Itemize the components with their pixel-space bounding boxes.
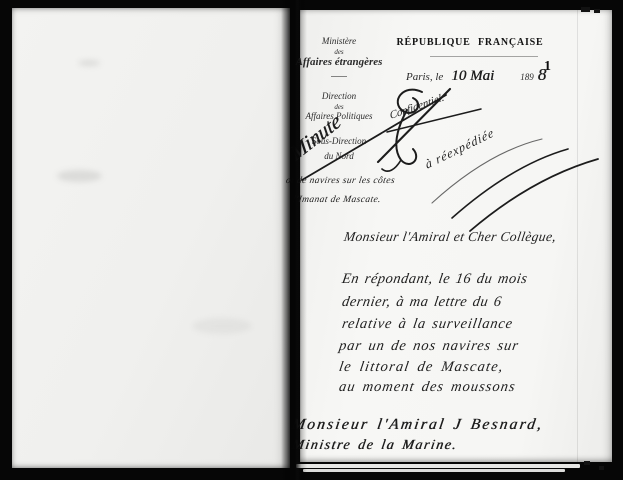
paper-smudge xyxy=(192,318,252,334)
flourish-arc-3 xyxy=(470,159,598,231)
ink-speck xyxy=(581,7,590,12)
page-stack-edge xyxy=(303,469,565,472)
paper-smudge xyxy=(78,60,100,66)
left-blank-page xyxy=(12,8,290,468)
paraph-tail xyxy=(382,160,401,171)
flourish-arc-1 xyxy=(432,139,542,203)
page-stack-edge xyxy=(296,464,580,468)
minute-strike-stroke xyxy=(302,95,446,180)
ink-speck xyxy=(584,461,590,465)
ink-strokes xyxy=(300,10,612,462)
ink-speck xyxy=(599,466,604,470)
letter-page: RÉPUBLIQUE FRANÇAISE Ministère des Affai… xyxy=(300,10,612,462)
flourish-arc-2 xyxy=(452,149,568,218)
paper-smudge xyxy=(57,170,102,182)
scanned-document: RÉPUBLIQUE FRANÇAISE Ministère des Affai… xyxy=(0,0,623,480)
paraph-top-loop xyxy=(398,90,422,113)
ink-speck xyxy=(594,9,600,13)
